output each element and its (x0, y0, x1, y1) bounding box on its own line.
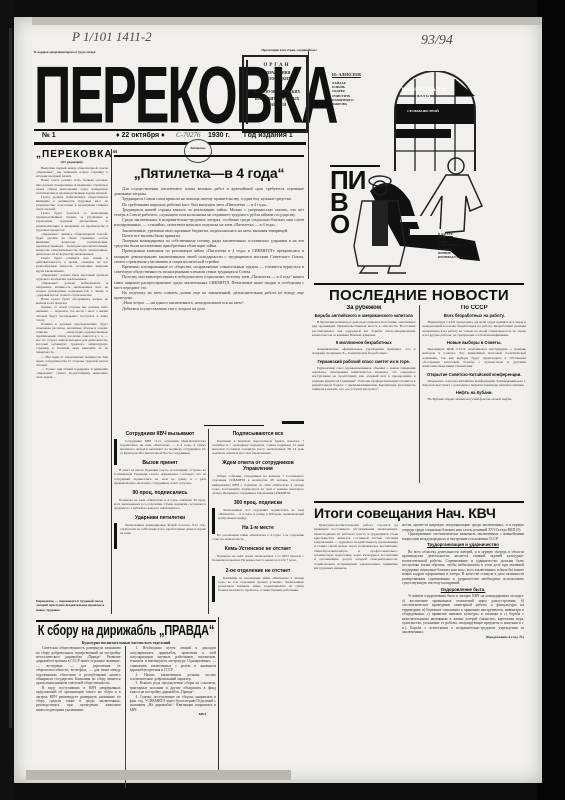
kvch-subhead: Трудорганизация и ударничество (402, 543, 524, 548)
lead-article-body: Для осуществления пятилетнего плана вели… (114, 186, 304, 418)
loan-reports-left: Сотрудники КВЧ вызываютСотрудники КВЧ 11… (114, 429, 206, 614)
loan-report-text: Подписка на заем среди заключенных 1-го … (212, 554, 304, 562)
news-item-title: Борьба английского и американского капит… (312, 313, 416, 318)
editorial-title: „ПЕРЕКОВКА“ (36, 149, 108, 160)
issue-number: № 1 (42, 132, 56, 139)
loan-report: Кемь-Устинское не отстаетПодписка на зае… (212, 546, 304, 562)
loan-reports-right: Подписываются всеКампания в Кемском пере… (212, 429, 304, 619)
paragraph: Проведенная кампания по реализации займа… (114, 248, 304, 264)
kvch-right-column: ности, провести широкую популяризацию ср… (402, 523, 524, 791)
organ-line: ЛАГЕРЕЙ (252, 102, 302, 108)
news-item: Всех безработных на работу.Наркомтруд СС… (423, 313, 527, 337)
paragraph: Условием оздоровления быта в лагерях КВЧ… (402, 594, 524, 635)
paragraph: Помимо в деловых преследованиях, будут п… (36, 322, 108, 355)
airship-article: К сбору на дирижабль „ПРАВДА“ Культурно-… (36, 625, 216, 788)
cartoon-illustration: Ю. АЛЕКСЕЕВ ЛАЙДАКПЛЮНЬСКОРЕЕОЧИСТИТЬПАМ… (310, 51, 532, 279)
latest-news: ПОСЛЕДНИЕ НОВОСТИ За рубежомБорьба англи… (312, 287, 526, 483)
news-item-title: 9 миллионов безработных (312, 340, 416, 345)
loan-report-text: Общее собрание сотрудников на команде 7 … (212, 474, 304, 494)
loan-report-title: Ждем ответа от сотрудников Управления (212, 460, 304, 472)
news-item: Открытие Советско-Китайской конференции.… (423, 372, 527, 388)
news-item-text: Наркомтруд СССР предложил органам труда … (423, 320, 527, 337)
paragraph: Выпуская первый номер общелагерной газет… (36, 166, 108, 178)
loan-report-title: Подписываются все (212, 431, 304, 437)
paragraph: Однако, со своей стороны мы должны быть … (36, 305, 108, 321)
airship-left-column: Советская общественность развернула камп… (36, 646, 121, 788)
publication-year: Год издания 1 (244, 132, 293, 139)
paragraph: Трудящиеся нашей страны взялись за реали… (114, 207, 304, 217)
loan-report-title: Ударники пятилетки (114, 515, 206, 521)
paragraph: Но подписку на заем сознаем далеко еще н… (114, 290, 304, 300)
paragraph: Газета должна мобилизовать общественное … (36, 195, 108, 211)
loan-report-text: Сотрудники КВЧ 11-го отделения (Кем-Белб… (114, 439, 206, 455)
news-section-title: За рубежом (312, 305, 416, 311)
lead-article-title: „Пятилетка—в 4 года“ (114, 165, 304, 181)
paragraph: Лагерная командировка по собственному по… (114, 238, 304, 248)
airship-subtitle: Культурно-воспитательным частям всех отд… (36, 641, 216, 645)
paragraph: „Перековка“ должна мобилизовать и направ… (36, 281, 108, 297)
organ-line: КАРЕЛО-МУРМАНСКИХ (252, 89, 302, 95)
paragraph: Одновременно систематически знакомить за… (402, 532, 524, 541)
news-column: За рубежомБорьба английского и американс… (312, 305, 420, 483)
news-item-title: Новые выборы в Советы. (423, 340, 527, 345)
paragraph: Временно изолированные от общества, испр… (114, 264, 304, 274)
masthead-organ-lines: ОРГАНУПРАВЛЕНИЯСОЛОВЕЦКИХ•КАРЕЛО-МУРМАНС… (252, 61, 302, 108)
loan-report-text: В ответ на вызов Редакции газеты «Солове… (114, 468, 206, 484)
news-item: Германский рабочий класс сметет их в гор… (312, 359, 416, 392)
paragraph: ности, провести широкую популяризацию ср… (402, 523, 524, 532)
news-item: Нефть на Кубани.На Кубани открыт новый м… (423, 390, 527, 401)
paragraph: Газета будет освещать всю жизнь и действ… (36, 256, 108, 272)
loan-report-title: Сотрудники КВЧ вызывают (114, 431, 206, 437)
paragraph: 2. Начать заключенных должны носить искл… (130, 673, 216, 682)
archive-page-mark: 93/94 (421, 33, 453, 49)
loan-report: Сотрудники КВЧ вызываютСотрудники КВЧ 11… (114, 431, 206, 455)
news-item: Новые выборы в Советы.Президиум ЦИК СССР… (423, 340, 527, 368)
loan-report: На 1-м местеПо реализации займа «Пятилет… (212, 525, 304, 541)
news-column: По СССРВсех безработных на работу.Нарком… (423, 305, 527, 483)
loan-report-text: Заключенные 5-го отделения подписались н… (212, 508, 304, 520)
news-item-title: Нефть на Кубани. (423, 390, 527, 395)
loan-report-title: 300 проц. подписки (212, 500, 304, 506)
news-item: 9 миллионов безработныхАмериканские офиц… (312, 340, 416, 356)
loan-report-text: Заключенные командировки Белый поселок, … (114, 523, 206, 535)
kvch-meeting-article: Итоги совещания Нач. КВЧ Культурно-воспи… (314, 505, 526, 791)
kvch-meeting-title: Итоги совещания Нач. КВЧ (314, 505, 526, 521)
loan-report: 2-ое отделение не отстаетКампания по реа… (212, 568, 304, 592)
paragraph: — Только при общей поддержке и внимании … (36, 367, 108, 379)
continuation-note: (Продолжение в след. №) (402, 635, 524, 639)
paragraph: Газета будет бороться за выполнение прои… (36, 211, 108, 231)
paragraph: Поэтому они заинтересованы в победоносно… (114, 274, 304, 290)
news-item-text: На Кубани открыт новый могучий фонтан ле… (423, 397, 527, 401)
editorial-body: Выпуская первый номер общелагерной газет… (36, 166, 108, 598)
issue-year: 1930 г. (208, 132, 230, 139)
column-bar (114, 523, 117, 549)
loan-report: Ударники пятилеткиЗаключенные командиров… (114, 515, 206, 535)
loan-report: Вызов принятВ ответ на вызов Редакции га… (114, 460, 206, 484)
issue-date: ♦ 22 октября ♦ (116, 132, 165, 139)
latest-news-title: ПОСЛЕДНИЕ НОВОСТИ (312, 287, 526, 304)
loan-report-text: Кампания по реализации займа «Пятилетка … (212, 576, 304, 592)
scan-bottom-strip (26, 770, 291, 780)
archive-mark: P 1/101 1411-2 (72, 29, 152, 45)
paragraph: 3. Всякого рода предлагаемые сборы на са… (130, 681, 216, 694)
news-item: Борьба английского и американского капит… (312, 313, 416, 337)
caption-line: ПРОФФАКТЛАЕ (438, 256, 498, 260)
news-item-title: Всех безработных на работу. (423, 313, 527, 318)
paragraph: 4. Суммы, поступающие по сборам, направл… (130, 695, 216, 713)
editorial-column: „ПЕРЕКОВКА“ (От редакции). Выпуская перв… (36, 149, 108, 619)
airship-signature: КВО (130, 712, 206, 716)
loan-report: Подписываются всеКампания в Кемском пере… (212, 431, 304, 455)
masthead-organ-box: ОРГАНУПРАВЛЕНИЯСОЛОВЕЦКИХ•КАРЕЛО-МУРМАНС… (242, 55, 308, 133)
paragraph: В виду поступивших в КВЧ непрерывных пре… (36, 686, 121, 712)
loan-report-title: Вызов принят (114, 460, 206, 466)
loan-report-title: Кемь-Устинское не отстает (212, 546, 304, 552)
airship-title: К сбору на дирижабль „ПРАВДА“ (36, 623, 216, 639)
kvch-subhead: Оздоровление быта. (402, 588, 524, 593)
loan-report: Ждем ответа от сотрудников УправленияОбщ… (212, 460, 304, 494)
loan-report-title: 2-ое отделение не отстает (212, 568, 304, 574)
loan-report: 300 проц. подпискиЗаключенные 5-го отдел… (212, 500, 304, 520)
paragraph: Наша газета должна стать боевым органом.… (36, 178, 108, 194)
organ-line: ОРГАН (252, 61, 302, 70)
news-section-title: По СССР (423, 305, 527, 311)
loan-report: 90 проц. подписалисьПодписка на заем «Пя… (114, 490, 206, 510)
scan-left-edge (0, 0, 14, 800)
paragraph: Во всех областях деятельности лагерей, и… (402, 550, 524, 586)
loan-report-text: По реализации займа «Пятилетка в 4 года»… (212, 533, 304, 541)
loan-report-text: Кампания в Кемском пересыльном пункте на… (212, 439, 304, 455)
window-sub-banner: СЕЛЬМАШСТРОЙ (396, 109, 450, 113)
paragraph: Среди заключенных в исправительно-трудов… (114, 217, 304, 227)
paragraph: Культурно-воспитательная работа строится… (314, 523, 398, 570)
news-item-text: Германский союз промышленников объявил о… (312, 366, 416, 392)
news-item-text: Открылась советско-китайская конференция… (423, 379, 527, 388)
news-item-title: Открытие Советско-Китайской конференции. (423, 372, 527, 377)
editorial-closing: Перековать — перековать в трудовой массе… (36, 599, 108, 612)
paragraph: — Мы ждем от заключенных активности. Мы … (36, 355, 108, 367)
kvch-left-column: Культурно-воспитательная работа строится… (314, 523, 398, 791)
loan-report-title: 90 проц. подписались (114, 490, 206, 496)
news-item-text: Американские официальные учреждения приз… (312, 347, 416, 356)
archive-date-code: С-70276 (176, 131, 201, 139)
airship-right-column: 1. Необходимо путем лекций и докладов по… (130, 646, 216, 788)
paragraph: 1. Необходимо путем лекций и докладов по… (130, 646, 216, 672)
paragraph: Для осуществления пятилетнего плана вели… (114, 186, 304, 196)
paragraph: „Перековка“, являясь общелагерной газето… (36, 232, 108, 257)
paragraph: Наша газета будет обслуживать лагеря, не… (36, 297, 108, 305)
window-banner: ПЯТИЛЕТКА В 4 ГОДА (395, 87, 451, 99)
tramp-figure (350, 171, 420, 276)
paragraph: Добьемся осуществления этого лозунга на … (114, 306, 304, 311)
lead-article: „Пятилетка—в 4 года“ Для осуществления п… (114, 155, 304, 419)
news-item-text: Президиум ЦИК СССР опубликовал инструкци… (423, 347, 527, 368)
column-bar (212, 576, 215, 602)
news-item-text: В Бразилии вспыхнуло довольно широкое во… (312, 320, 416, 337)
paragraph: Советская общественность развернула камп… (36, 646, 121, 686)
news-item-title: Германский рабочий класс сметет их в гор… (312, 359, 416, 364)
caption-line: ЗАКРОВА (332, 102, 372, 106)
loan-report-title: На 1-м месте (212, 525, 304, 531)
paragraph: Трудящиеся Союза сами пришли на помощь с… (114, 196, 304, 201)
loan-report-text: Подписка на заем «Пятилетка в 4 года» ох… (114, 498, 206, 510)
paragraph: „Перековка“ должна быть массовым органом… (36, 273, 108, 281)
newspaper-page: P 1/101 1411-2 93/94 В. подарок дезорган… (14, 17, 542, 783)
